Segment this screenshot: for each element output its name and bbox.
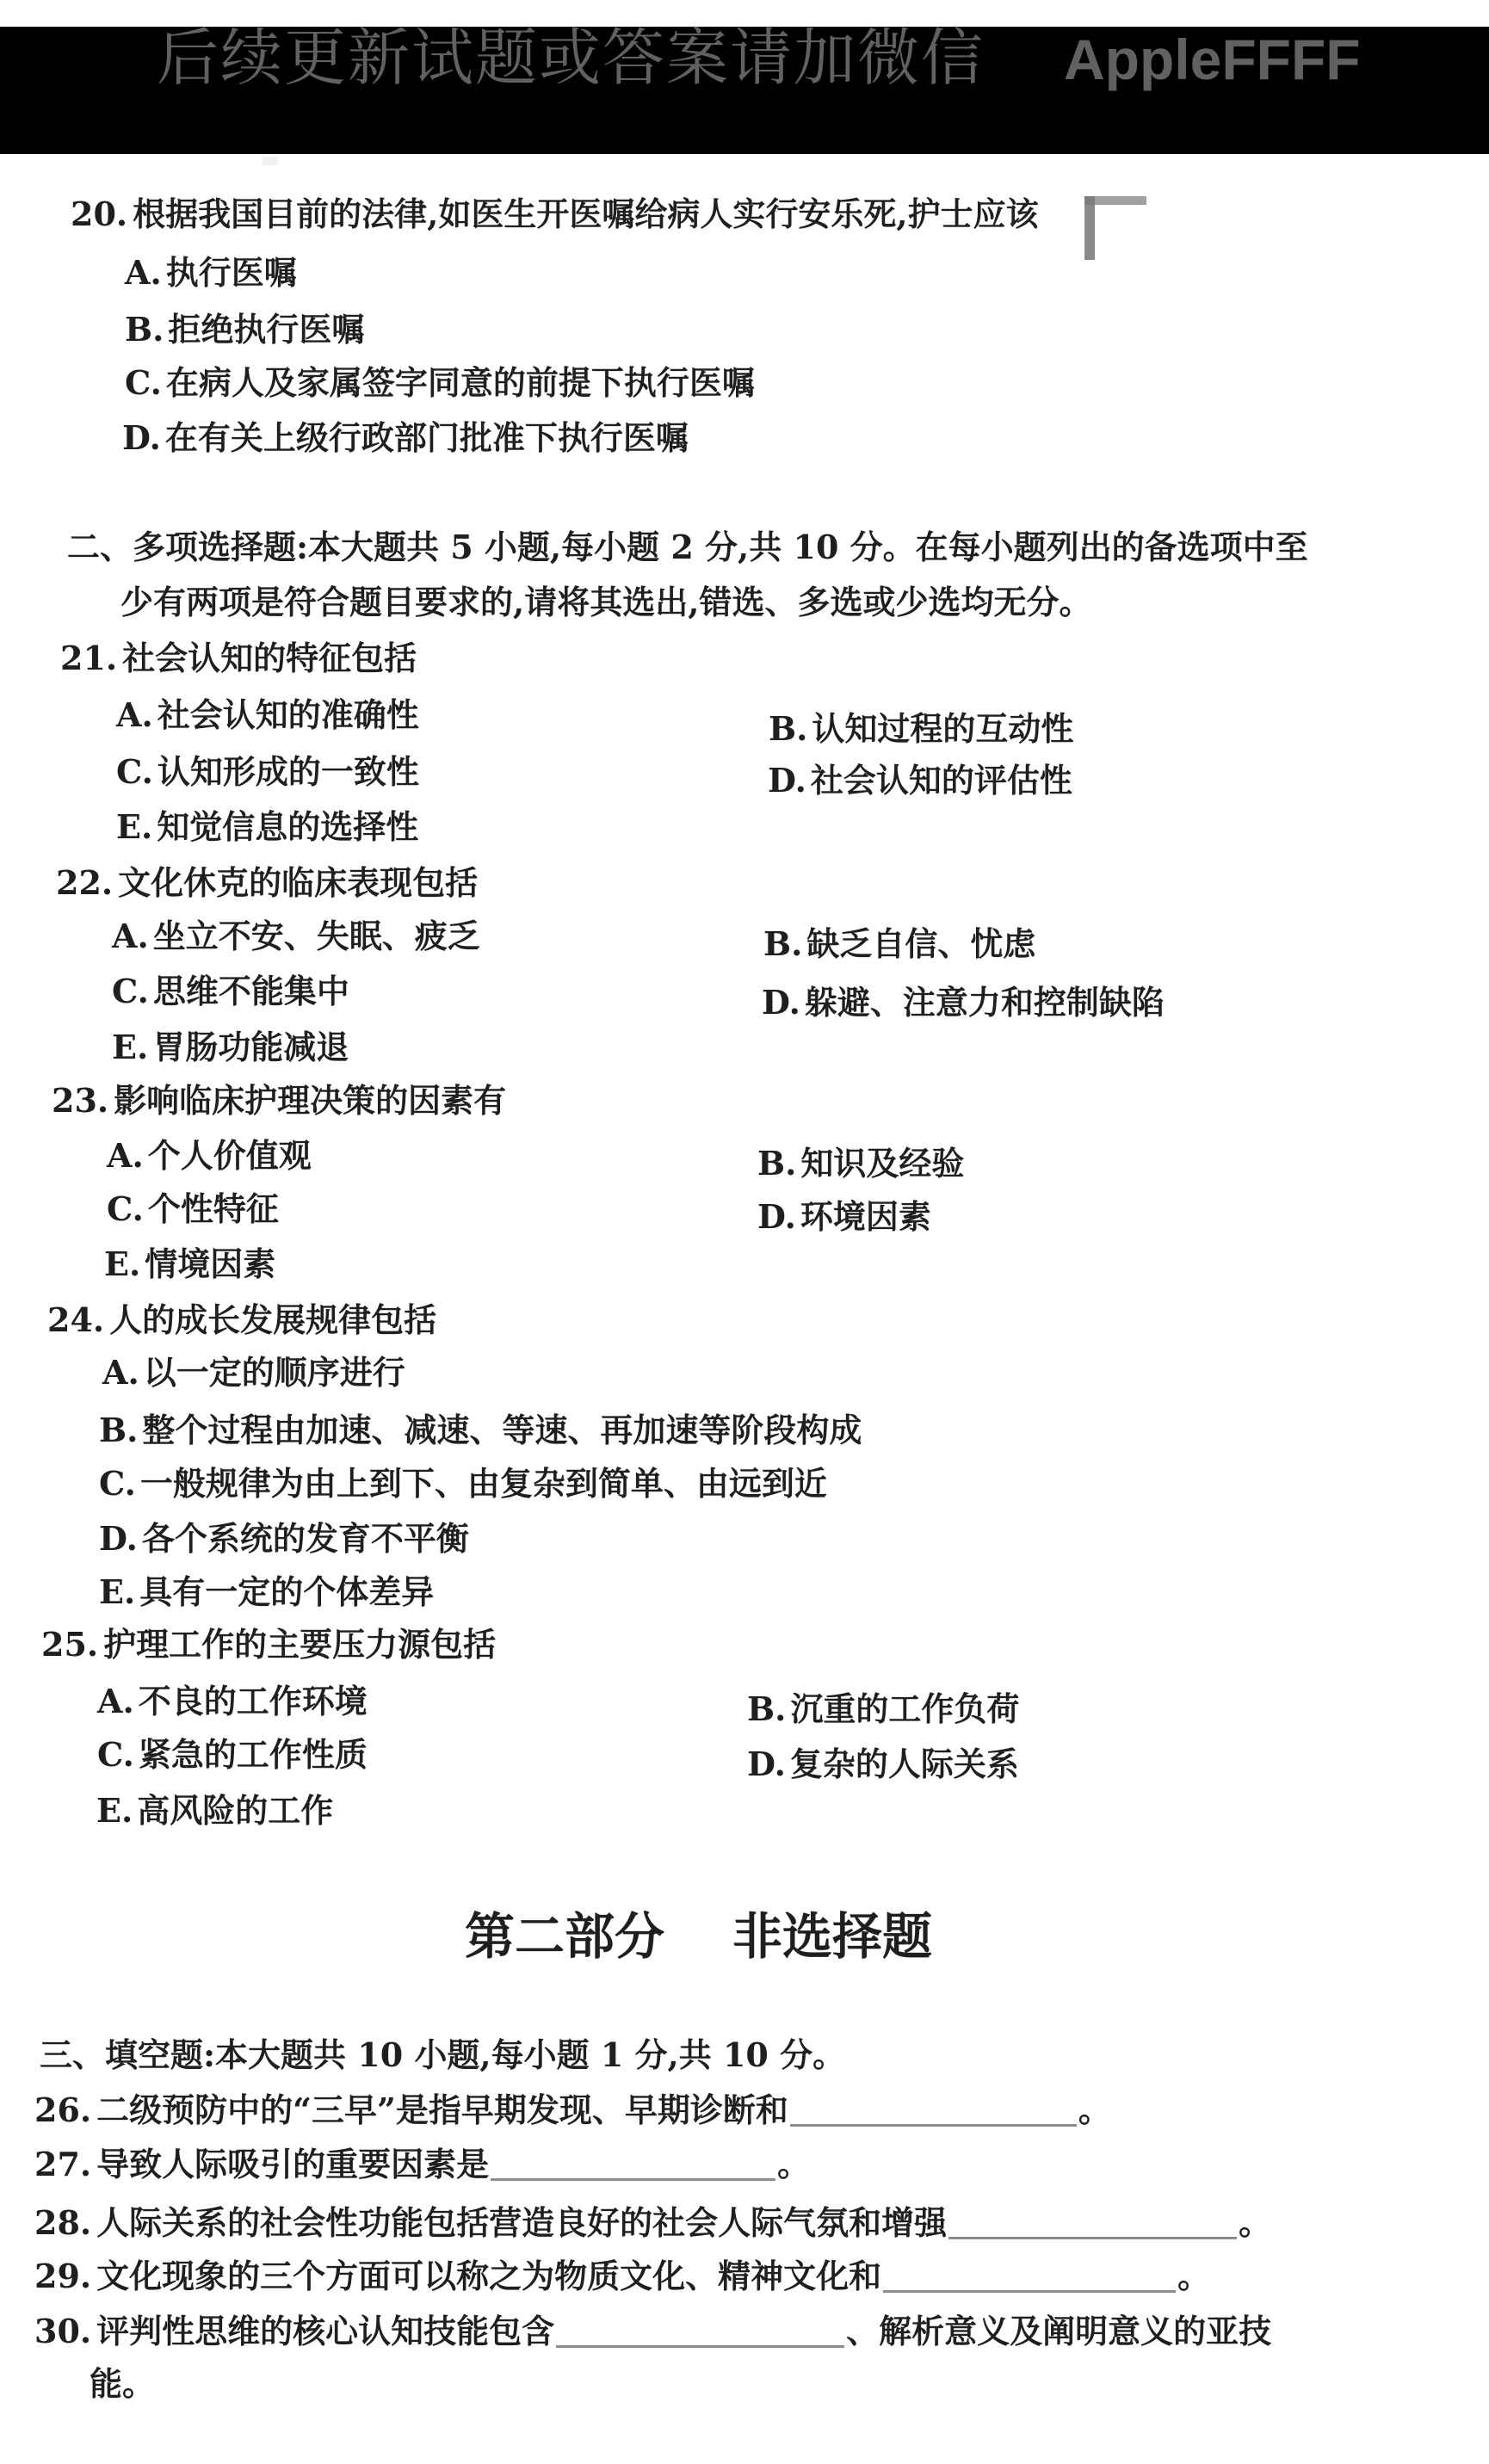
option-text: 情境因素 [145, 1244, 275, 1283]
question-number: 27. [34, 2145, 91, 2183]
option-25-d: D.复杂的人际关系 [747, 1745, 1019, 1783]
question-text: 人际关系的社会性功能包括营造良好的社会人际气氛和增强 [96, 2203, 947, 2242]
option-text: 胃肠功能减退 [152, 1028, 349, 1066]
option-25-e: E.高风险的工作 [96, 1792, 333, 1830]
question-number: 24. [47, 1300, 104, 1339]
option-text: 一般规律为由上到下、由复杂到简单、由远到近 [140, 1464, 827, 1503]
option-22-a: A.坐立不安、失眠、疲乏 [112, 917, 480, 955]
answer-blank [883, 2264, 1176, 2293]
question-number: 29. [34, 2257, 91, 2295]
option-text: 个人价值观 [148, 1136, 312, 1175]
option-label: D. [757, 1197, 796, 1236]
answer-blank [790, 2098, 1077, 2127]
part-2-title-right: 非选择题 [732, 1908, 932, 1965]
option-label: E. [96, 1791, 133, 1830]
part-2-title-left: 第二部分 [465, 1908, 664, 1965]
question-27: 27.导致人际吸引的重要因素是。 [34, 2146, 810, 2183]
question-number: 28. [34, 2203, 91, 2242]
question-text-end: 。 [1239, 2203, 1271, 2242]
banner-text: 后续更新试题或答案请加微信 [157, 22, 985, 94]
option-text: 个性特征 [148, 1189, 279, 1228]
option-label: C. [97, 1735, 134, 1774]
question-30-continuation: 能。 [90, 2365, 155, 2403]
option-21-e: E.知觉信息的选择性 [116, 808, 418, 846]
option-label: A. [97, 1682, 134, 1720]
option-21-d: D.社会认知的评估性 [768, 762, 1072, 800]
option-text: 沉重的工作负荷 [790, 1689, 1019, 1728]
question-text: 导致人际吸引的重要因素是 [96, 2145, 489, 2183]
option-23-e: E.情境因素 [104, 1245, 275, 1283]
question-30: 30.评判性思维的核心认知技能包含、解析意义及阐明意义的亚技 [34, 2313, 1271, 2350]
option-label: A. [107, 1136, 144, 1175]
option-label: A. [116, 695, 153, 734]
answer-blank [491, 2152, 775, 2181]
option-text: 躲避、注意力和控制缺陷 [805, 983, 1165, 1022]
option-21-b: B.认知过程的互动性 [769, 710, 1073, 748]
option-text: 缺乏自信、忧虑 [806, 924, 1035, 963]
question-26: 26.二级预防中的“三早”是指早期发现、早期诊断和。 [34, 2091, 1111, 2129]
option-label: D. [768, 761, 806, 800]
option-text: 以一定的顺序进行 [144, 1353, 405, 1392]
option-text: 各个系统的发育不平衡 [142, 1519, 469, 1558]
question-29: 29.文化现象的三个方面可以称之为物质文化、精神文化和。 [34, 2257, 1210, 2295]
section-2-heading-cont: 少有两项是符合题目要求的,请将其选出,错选、多选或少选均无分。 [120, 584, 1091, 621]
option-text: 思维不能集中 [153, 972, 349, 1010]
option-text: 在病人及家属签字同意的前提下执行医嘱 [166, 363, 755, 402]
question-text: 人的成长发展规律包括 [109, 1300, 436, 1339]
question-text-end: 。 [1078, 2090, 1111, 2129]
question-21-stem: 21.社会认知的特征包括 [60, 639, 417, 677]
scan-bracket-mark-top [1084, 196, 1146, 205]
question-number: 22. [56, 863, 113, 902]
option-text: 不良的工作环境 [139, 1682, 368, 1720]
option-label: C. [112, 972, 149, 1010]
option-text: 认知形成的一致性 [158, 752, 419, 791]
question-text: 社会认知的特征包括 [122, 639, 417, 677]
option-text: 在有关上级行政部门批准下执行医嘱 [165, 418, 689, 457]
option-label: B. [769, 709, 807, 748]
question-text: 根据我国目前的法律,如医生开医嘱给病人实行安乐死,护士应该 [133, 195, 1038, 233]
option-text: 坐立不安、失眠、疲乏 [153, 917, 480, 955]
option-label: B. [125, 310, 164, 349]
option-20-a: A.执行医嘱 [125, 254, 297, 292]
question-text: 评判性思维的核心认知技能包含 [96, 2312, 554, 2350]
option-label: A. [112, 917, 149, 955]
option-text: 拒绝执行医嘱 [168, 310, 364, 349]
option-25-a: A.不良的工作环境 [97, 1683, 368, 1720]
option-25-c: C.紧急的工作性质 [97, 1736, 368, 1774]
option-22-e: E.胃肠功能减退 [112, 1028, 349, 1066]
section-2-heading: 二、多项选择题:本大题共 5 小题,每小题 2 分,共 10 分。在每小题列出的… [67, 528, 1308, 566]
question-22-stem: 22.文化休克的临床表现包括 [56, 864, 478, 902]
section-3-heading: 三、填空题:本大题共 10 小题,每小题 1 分,共 10 分。 [40, 2036, 845, 2074]
question-25-stem: 25.护理工作的主要压力源包括 [41, 1626, 496, 1664]
question-20-stem: 20.根据我国目前的法律,如医生开医嘱给病人实行安乐死,护士应该 [71, 195, 1039, 233]
option-24-c: C.一般规律为由上到下、由复杂到简单、由远到近 [99, 1465, 827, 1503]
option-23-a: A.个人价值观 [107, 1137, 312, 1175]
question-text-end: 。 [1177, 2257, 1210, 2295]
question-23-stem: 23.影响临床护理决策的因素有 [52, 1082, 506, 1120]
option-24-b: B.整个过程由加速、减速、等速、再加速等阶段构成 [99, 1411, 862, 1449]
option-25-b: B.沉重的工作负荷 [747, 1690, 1019, 1728]
question-24-stem: 24.人的成长发展规律包括 [47, 1301, 436, 1339]
option-label: E. [116, 807, 152, 846]
option-text: 紧急的工作性质 [139, 1735, 368, 1774]
option-label: E. [104, 1244, 140, 1283]
option-label: C. [107, 1189, 144, 1228]
question-number: 23. [52, 1081, 108, 1120]
option-text: 社会认知的准确性 [158, 695, 419, 734]
option-label: D. [762, 983, 800, 1022]
option-label: B. [757, 1144, 796, 1183]
option-text: 具有一定的个体差异 [139, 1572, 434, 1611]
option-label: C. [116, 752, 153, 791]
question-text: 文化现象的三个方面可以称之为物质文化、精神文化和 [96, 2257, 881, 2295]
option-text: 知识及经验 [800, 1144, 964, 1183]
question-number: 26. [34, 2090, 91, 2129]
option-text: 整个过程由加速、减速、等速、再加速等阶段构成 [142, 1411, 862, 1449]
option-21-c: C.认知形成的一致性 [116, 753, 419, 791]
option-text: 认知过程的互动性 [812, 709, 1073, 748]
option-label: A. [102, 1353, 139, 1392]
option-label: B. [99, 1411, 138, 1449]
option-22-d: D.躲避、注意力和控制缺陷 [762, 984, 1165, 1022]
option-24-e: E.具有一定的个体差异 [99, 1573, 434, 1611]
option-23-d: D.环境因素 [757, 1198, 931, 1236]
option-label: E. [112, 1028, 148, 1066]
option-label: C. [125, 363, 162, 402]
question-text-end: 、解析意义及阐明意义的亚技 [846, 2312, 1271, 2350]
question-number: 30. [34, 2312, 91, 2350]
banner-wechat-id: AppleFFFF [1064, 23, 1361, 96]
question-text: 护理工作的主要压力源包括 [103, 1625, 496, 1664]
question-text: 二级预防中的“三早”是指早期发现、早期诊断和 [96, 2090, 788, 2129]
question-number: 25. [41, 1625, 98, 1664]
option-20-d: D.在有关上级行政部门批准下执行医嘱 [122, 419, 689, 457]
option-24-d: D.各个系统的发育不平衡 [99, 1520, 469, 1558]
scan-artifact [263, 157, 278, 165]
question-text: 影响临床护理决策的因素有 [114, 1081, 506, 1120]
option-20-b: B.拒绝执行医嘱 [125, 311, 364, 349]
option-22-b: B.缺乏自信、忧虑 [763, 925, 1035, 963]
watermark-banner: 后续更新试题或答案请加微信 AppleFFFF [0, 27, 1489, 154]
question-28: 28.人际关系的社会性功能包括营造良好的社会人际气氛和增强。 [34, 2204, 1271, 2242]
question-number: 21. [60, 639, 117, 677]
option-text: 执行医嘱 [166, 253, 297, 292]
answer-blank [948, 2211, 1237, 2239]
option-label: D. [122, 418, 161, 457]
scan-bracket-mark [1084, 196, 1095, 260]
option-21-a: A.社会认知的准确性 [116, 696, 419, 734]
option-text: 知觉信息的选择性 [157, 807, 418, 846]
option-label: C. [99, 1464, 136, 1503]
question-number: 20. [71, 195, 127, 233]
option-23-c: C.个性特征 [107, 1190, 279, 1228]
option-label: D. [99, 1519, 138, 1558]
question-text-end: 。 [777, 2145, 810, 2183]
option-22-c: C.思维不能集中 [112, 973, 349, 1010]
question-text: 文化休克的临床表现包括 [118, 863, 478, 902]
option-20-c: C.在病人及家属签字同意的前提下执行医嘱 [125, 364, 755, 402]
option-text: 社会认知的评估性 [811, 761, 1072, 800]
option-label: B. [747, 1689, 786, 1728]
option-text: 环境因素 [800, 1197, 931, 1236]
option-label: E. [99, 1572, 135, 1611]
answer-blank [556, 2319, 844, 2348]
option-label: D. [747, 1745, 786, 1783]
option-24-a: A.以一定的顺序进行 [102, 1354, 405, 1392]
option-label: A. [125, 253, 162, 292]
option-label: B. [763, 924, 802, 963]
option-text: 复杂的人际关系 [790, 1745, 1019, 1783]
option-23-b: B.知识及经验 [757, 1145, 964, 1183]
option-text: 高风险的工作 [137, 1791, 333, 1830]
